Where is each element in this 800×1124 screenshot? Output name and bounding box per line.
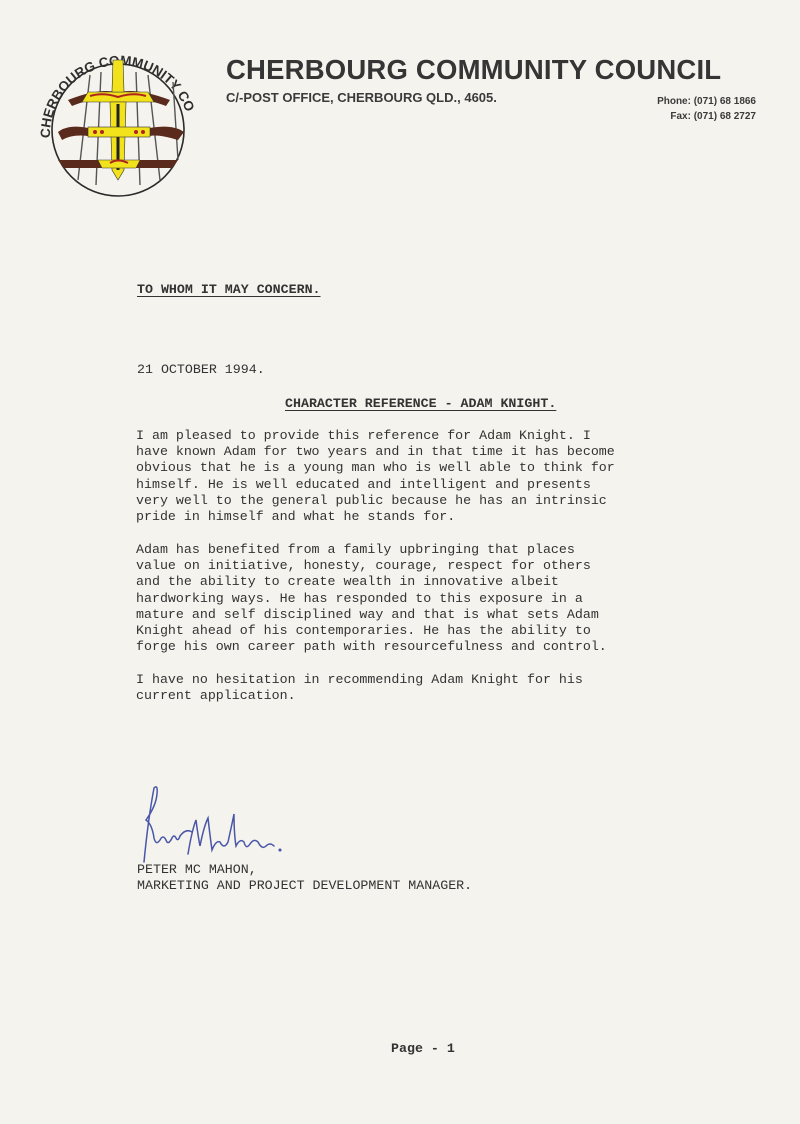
letter-date: 21 OCTOBER 1994. — [137, 362, 265, 378]
salutation: TO WHOM IT MAY CONCERN. — [137, 282, 321, 298]
phone-number: Phone: (071) 68 1866 — [657, 94, 756, 109]
signer-name: PETER MC MAHON, — [137, 862, 257, 878]
subject-line: CHARACTER REFERENCE - ADAM KNIGHT. — [285, 396, 556, 412]
body-paragraph: I have no hesitation in recommending Ada… — [136, 672, 583, 704]
council-logo: CHERBOURG COMMUNITY COUNCIL — [28, 30, 213, 200]
fax-number: Fax: (071) 68 2727 — [657, 109, 756, 124]
contact-block: Phone: (071) 68 1866 Fax: (071) 68 2727 — [657, 94, 756, 124]
signer-title: MARKETING AND PROJECT DEVELOPMENT MANAGE… — [137, 878, 472, 894]
body-paragraph: Adam has benefited from a family upbring… — [136, 542, 607, 655]
organization-address: C/-POST OFFICE, CHERBOURG QLD., 4605. — [226, 90, 497, 105]
handwritten-signature: P. Mc Mahon — [130, 780, 310, 870]
body-paragraph: I am pleased to provide this reference f… — [136, 428, 615, 525]
page-number: Page - 1 — [391, 1041, 455, 1057]
organization-name: CHERBOURG COMMUNITY COUNCIL — [226, 54, 721, 86]
